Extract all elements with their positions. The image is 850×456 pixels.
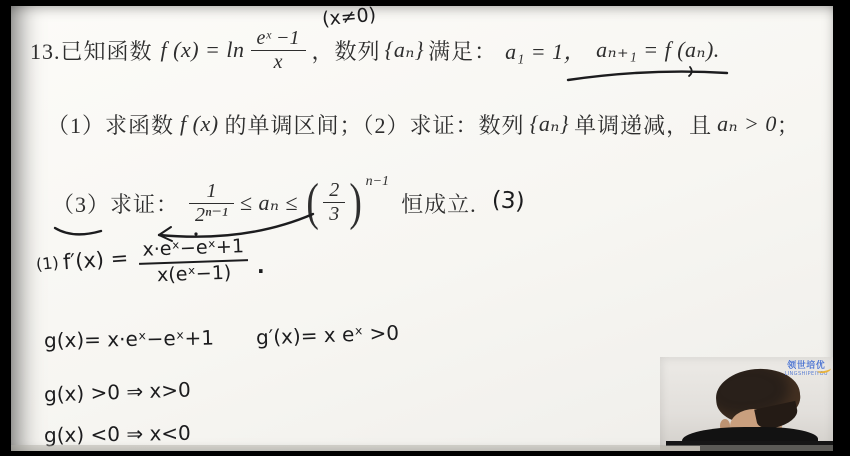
watermark-logo-text: 领世培优 [784, 362, 828, 372]
fraction-lower-bound: 1 2ⁿ⁻¹ [189, 180, 234, 227]
holds-text: 恒成立. [401, 188, 477, 219]
fraction-ex-over-x: eˣ −1 x [251, 27, 306, 74]
initial-term: a₁ = 1， [505, 35, 586, 66]
problem-line-3: （3）求证： 1 2ⁿ⁻¹ ≤ aₙ ≤ ( 2 3 ) n−1 恒成立. [52, 168, 477, 238]
handwritten-period: . [257, 254, 265, 278]
fraction-two-thirds: 2 3 [323, 179, 345, 226]
handwritten-step1-label: (1) [35, 253, 60, 274]
problem-number-text: 13.已知函数 [30, 35, 153, 66]
semicolon: ； [777, 109, 800, 140]
open-paren: ( [306, 178, 318, 227]
exponent-n-minus-1: n−1 [366, 174, 389, 190]
an-positive: aₙ > 0 [717, 111, 777, 137]
handwritten-g-derivative: g′(x)= x eˣ >0 [256, 321, 400, 350]
teacher-shoulders [666, 441, 833, 451]
teacher-webcam: 领世培优 LINGSHIPEIYOU [660, 357, 833, 451]
sequence-symbol: {aₙ} [385, 37, 425, 63]
satisfy-text: 满足： [428, 35, 497, 66]
handwritten-g-positive: g(x) >0 ⇒ x>0 [44, 377, 192, 406]
close-paren: ) [350, 178, 362, 227]
sequence-symbol-2: {aₙ} [530, 111, 570, 137]
handwritten-fprime-fraction: x·eˣ−eˣ+1 x(eˣ−1) [138, 235, 249, 287]
handwritten-domain-note: (x≠0) [321, 4, 377, 31]
watermark: 领世培优 LINGSHIPEIYOU [784, 362, 828, 377]
problem-line-1: 13.已知函数 f (x) = ln eˣ −1 x ，数列 {aₙ} 满足： … [30, 18, 720, 82]
teacher-shirt [682, 427, 818, 451]
function-definition: f (x) = ln [161, 37, 245, 63]
part3-label: （3）求证： [52, 188, 179, 219]
video-frame: 13.已知函数 f (x) = ln eˣ −1 x ，数列 {aₙ} 满足： … [0, 0, 850, 456]
inequality-middle: ≤ aₙ ≤ [240, 190, 298, 216]
part1-label: （1）求函数 [47, 109, 174, 140]
problem-line-2: （1）求函数 f (x) 的单调区间；（2）求证：数列 {aₙ} 单调递减，且 … [47, 104, 800, 144]
handwritten-fprime: f′(x) = [62, 246, 129, 274]
recurrence-expression: aₙ₊₁ = f (aₙ). [596, 37, 720, 63]
handwritten-g-negative: g(x) <0 ⇒ x<0 [44, 421, 191, 448]
desk-edge [660, 446, 700, 451]
watermark-swoosh-icon [816, 365, 831, 374]
handwritten-part3-mark: (3) [491, 187, 525, 215]
whiteboard-page: 13.已知函数 f (x) = ln eˣ −1 x ，数列 {aₙ} 满足： … [11, 6, 833, 451]
part2-text: 的单调区间；（2）求证：数列 [225, 109, 525, 140]
upper-bound-expression: ( 2 3 ) n−1 [304, 178, 389, 227]
sequence-intro-text: ，数列 [312, 35, 381, 66]
handwritten-g-definition: g(x)= x·eˣ−eˣ+1 [44, 326, 214, 353]
fx-symbol: f (x) [180, 111, 219, 137]
monotone-text: 单调递减，且 [574, 109, 712, 140]
